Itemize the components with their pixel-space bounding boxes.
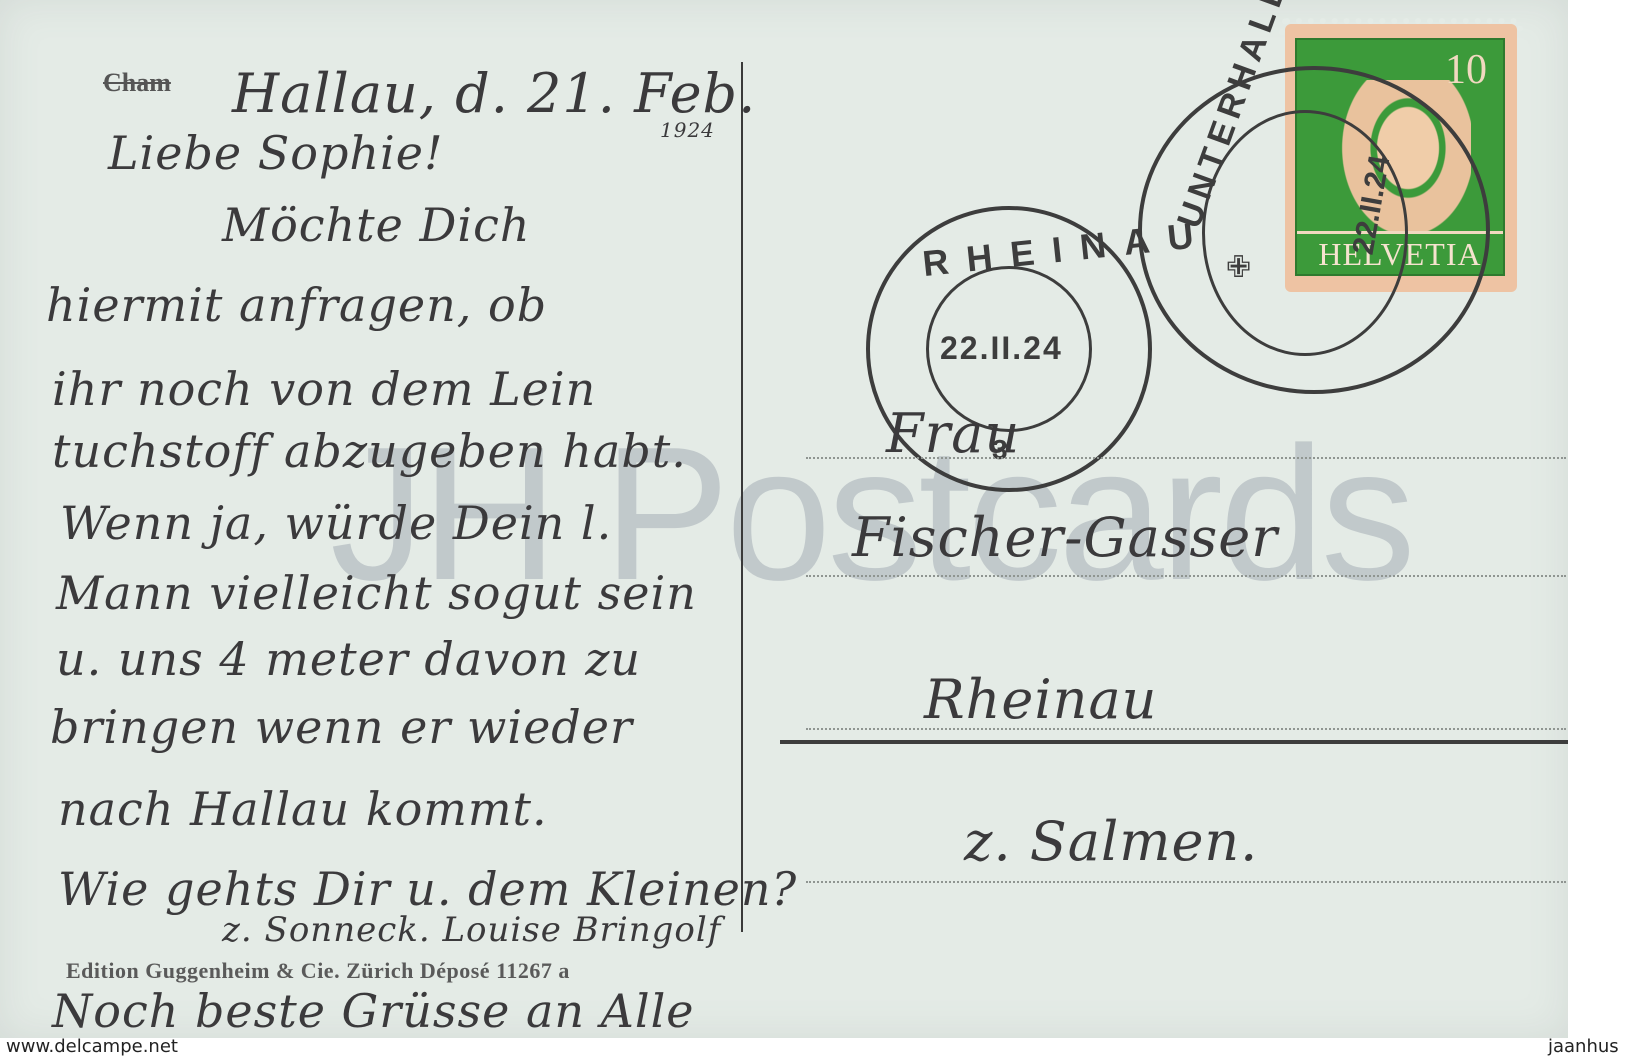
message-line: Wenn ja, würde Dein l. — [60, 496, 612, 550]
message-line: Möchte Dich — [222, 198, 531, 252]
credit-right: jaanhus — [1548, 1036, 1619, 1057]
message-line: nach Hallau kommt. — [58, 782, 548, 836]
address-line: Frau — [886, 402, 1020, 465]
message-signature: z. Sonneck. Louise Bringolf — [222, 910, 721, 950]
postmark-arrival-date: 22.II.24 — [940, 330, 1063, 367]
message-line: u. uns 4 meter davon zu — [56, 632, 641, 686]
message-line: bringen wenn er wieder — [50, 700, 633, 754]
address-rule — [806, 457, 1566, 459]
address-rule — [806, 881, 1566, 883]
message-line: ihr noch von dem Lein — [52, 362, 596, 416]
message-date-line: Hallau, d. 21. Feb. — [232, 62, 756, 125]
address-line: Rheinau — [924, 668, 1157, 731]
message-line: Wie gehts Dir u. dem Kleinen? — [58, 862, 797, 916]
message-line: hiermit anfragen, ob — [46, 278, 547, 332]
postcard-back: Cham JH Postcards Hallau, d. 21. Feb. 19… — [0, 0, 1568, 1038]
message-year: 1924 — [660, 118, 715, 142]
message-line: tuchstoff abzugeben habt. — [52, 424, 687, 478]
address-rule — [806, 728, 1566, 730]
printed-place-struck: Cham — [103, 68, 171, 98]
address-line: z. Salmen. — [964, 810, 1258, 873]
message-line: Noch beste Grüsse an Alle — [52, 984, 695, 1038]
address-underline — [780, 740, 1568, 744]
message-line: Liebe Sophie! — [108, 126, 443, 180]
stamp-value: 10 — [1445, 46, 1487, 94]
message-line: Mann vielleicht sogut sein — [56, 566, 697, 620]
credit-left: www.delcampe.net — [6, 1036, 178, 1057]
address-rule — [806, 575, 1566, 577]
address-line: Fischer-Gasser — [852, 506, 1278, 569]
card-divider — [741, 62, 743, 932]
publisher-imprint: Edition Guggenheim & Cie. Zürich Déposé … — [66, 958, 570, 984]
swiss-cross-icon: ✙ — [1226, 250, 1251, 285]
